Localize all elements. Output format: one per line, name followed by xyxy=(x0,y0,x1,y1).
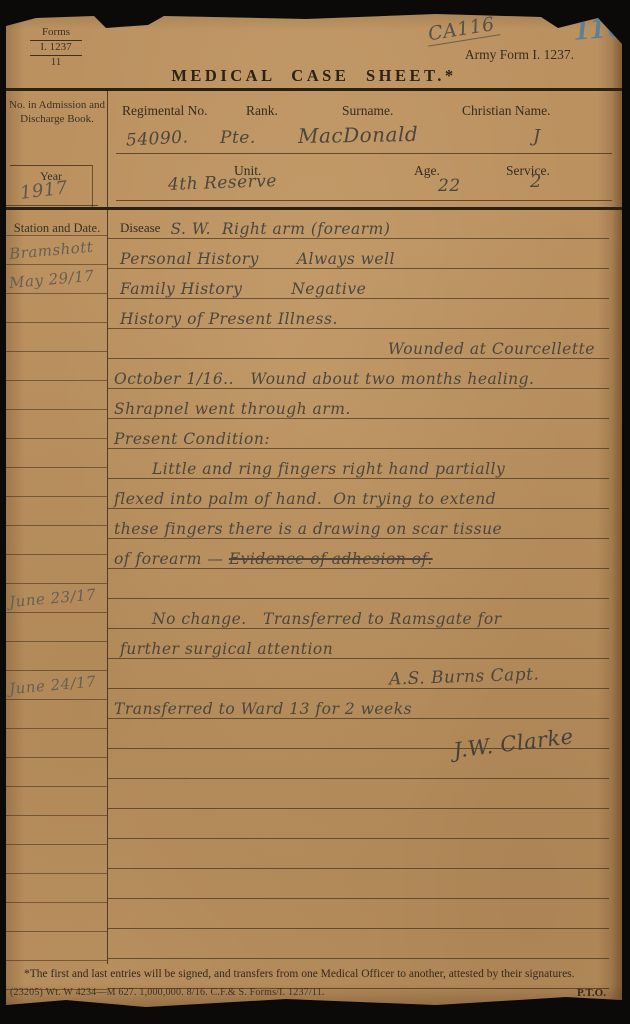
ruled-row: further surgical attention xyxy=(108,629,609,659)
ruled-row xyxy=(108,809,609,839)
year-separator-line xyxy=(10,165,92,166)
age-label: Age. xyxy=(414,163,440,179)
ruled-row: J.W. Clarke xyxy=(108,719,609,749)
paper-edge-shadow xyxy=(612,10,622,1009)
station-date-entry: Bramshott xyxy=(8,238,94,263)
title-rule xyxy=(6,88,622,91)
station-ruled-row xyxy=(6,787,107,816)
handwritten-entry: further surgical attention xyxy=(120,641,333,657)
station-rows: BramshottMay 29/17June 23/17June 24/17 xyxy=(6,207,107,990)
ruled-row: flexed into palm of hand. On trying to e… xyxy=(108,479,609,509)
handwritten-file-ref: CA116 xyxy=(425,12,501,46)
station-ruled-row xyxy=(6,381,107,410)
ruled-row: DiseaseS. W. Right arm (forearm) xyxy=(108,209,609,239)
station-ruled-row xyxy=(6,903,107,932)
handwritten-entry: Family History Negative xyxy=(120,281,366,297)
handwritten-entry: Personal History Always well xyxy=(120,251,395,267)
rank-value: Pte. xyxy=(220,128,256,148)
handwritten-entry: flexed into palm of hand. On trying to e… xyxy=(114,491,496,507)
handwritten-entry: Present Condition: xyxy=(114,431,270,447)
ruled-row xyxy=(108,839,609,869)
handwritten-entry: No change. Transferred to Ramsgate for xyxy=(152,611,502,627)
handwritten-entry: October 1/16.. Wound about two months he… xyxy=(114,371,534,387)
handwritten-entry: History of Present Illness. xyxy=(120,311,338,327)
station-date-entry: May 29/17 xyxy=(8,267,95,292)
service-value: 2 xyxy=(530,171,542,192)
ruled-row: History of Present Illness. xyxy=(108,299,609,329)
handwritten-entry: of forearm — xyxy=(114,551,229,567)
surname-value: MacDonald xyxy=(298,122,419,148)
regimental-no-value: 54090. xyxy=(126,127,189,150)
station-ruled-row xyxy=(6,497,107,526)
station-ruled-row xyxy=(6,352,107,381)
station-ruled-row: June 23/17 xyxy=(6,584,107,613)
ruled-row: Wounded at Courcellette xyxy=(108,329,609,359)
ruled-row: Shrapnel went through arm. xyxy=(108,389,609,419)
field-underline-row2 xyxy=(116,200,612,201)
ruled-row: Personal History Always well xyxy=(108,239,609,269)
ruled-row xyxy=(108,569,609,599)
rank-label: Rank. xyxy=(246,103,278,119)
field-underline-row1 xyxy=(116,153,612,154)
page-title: MEDICAL CASE SHEET.* xyxy=(6,66,622,86)
forms-ref-line2: I. 1237 xyxy=(30,41,82,56)
station-ruled-row: Bramshott xyxy=(6,236,107,265)
ruled-row: A.S. Burns Capt. xyxy=(108,659,609,689)
ruled-row xyxy=(108,929,609,959)
station-ruled-row: June 24/17 xyxy=(6,671,107,700)
handwritten-entry: Little and ring fingers right hand parti… xyxy=(152,461,505,477)
ruled-row: Transferred to Ward 13 for 2 weeks xyxy=(108,689,609,719)
handwritten-entry: S. W. Right arm (forearm) xyxy=(170,221,390,237)
forms-reference-block: Forms I. 1237 11 xyxy=(30,26,82,71)
ruled-row: these fingers there is a drawing on scar… xyxy=(108,509,609,539)
regimental-no-label: Regimental No. xyxy=(122,103,207,119)
station-ruled-row xyxy=(6,410,107,439)
unit-value: 4th Reserve xyxy=(168,171,278,195)
struck-out-text: Evidence of adhesion of. xyxy=(229,551,433,567)
ruled-row: No change. Transferred to Ramsgate for xyxy=(108,599,609,629)
ruled-row xyxy=(108,869,609,899)
station-ruled-row xyxy=(6,439,107,468)
year-value: 1917 xyxy=(19,177,69,204)
station-ruled-row xyxy=(6,874,107,903)
station-ruled-row xyxy=(6,845,107,874)
handwritten-entry: these fingers there is a drawing on scar… xyxy=(114,521,502,537)
station-ruled-row xyxy=(6,468,107,497)
admission-book-label: No. in Admission and Discharge Book. xyxy=(8,98,106,127)
medical-case-sheet: Forms I. 1237 11 CA116 116 Army Form I. … xyxy=(6,10,622,1009)
station-date-entry: June 23/17 xyxy=(8,585,96,611)
ruled-row xyxy=(108,779,609,809)
print-imprint: (23205) Wt. W 4234—M 627. 1,000,000. 8/1… xyxy=(10,987,325,998)
station-ruled-row xyxy=(6,613,107,642)
handwritten-entry: Transferred to Ward 13 for 2 weeks xyxy=(114,701,412,717)
surname-label: Surname. xyxy=(342,103,393,119)
ruled-row: Little and ring fingers right hand parti… xyxy=(108,449,609,479)
station-ruled-row xyxy=(6,729,107,758)
service-label: Service. xyxy=(506,163,550,179)
signature-footnote: *The first and last entries will be sign… xyxy=(24,968,616,980)
ruled-row: Family History Negative xyxy=(108,269,609,299)
station-ruled-row xyxy=(6,526,107,555)
notes-rows: DiseaseS. W. Right arm (forearm)Personal… xyxy=(108,209,609,1009)
ruled-row xyxy=(108,749,609,779)
disease-label: Disease xyxy=(120,220,160,237)
ruled-row xyxy=(108,899,609,929)
army-form-label: Army Form I. 1237. xyxy=(465,47,574,63)
station-ruled-row xyxy=(6,323,107,352)
station-ruled-row xyxy=(6,932,107,961)
forms-ref-line1: Forms xyxy=(30,26,82,41)
station-ruled-row xyxy=(6,294,107,323)
handwritten-entry: Shrapnel went through arm. xyxy=(114,401,351,417)
year-underline xyxy=(6,205,98,206)
ruled-row: of forearm — Evidence of adhesion of. xyxy=(108,539,609,569)
station-ruled-row xyxy=(6,700,107,729)
station-ruled-row xyxy=(6,758,107,787)
station-ruled-row xyxy=(6,555,107,584)
christian-name-label: Christian Name. xyxy=(462,103,550,119)
station-ruled-row xyxy=(6,207,107,236)
station-ruled-row xyxy=(6,816,107,845)
handwritten-entry: Wounded at Courcellette xyxy=(388,341,595,357)
handwritten-entry: A.S. Burns Capt. xyxy=(388,667,539,690)
station-ruled-row xyxy=(6,642,107,671)
ruled-row: Present Condition: xyxy=(108,419,609,449)
station-ruled-row: May 29/17 xyxy=(6,265,107,294)
age-value: 22 xyxy=(438,176,461,196)
station-date-entry: June 24/17 xyxy=(8,672,96,698)
ruled-row: October 1/16.. Wound about two months he… xyxy=(108,359,609,389)
christian-name-value: J xyxy=(533,126,541,147)
pto-label: P.T.O. xyxy=(577,987,606,999)
